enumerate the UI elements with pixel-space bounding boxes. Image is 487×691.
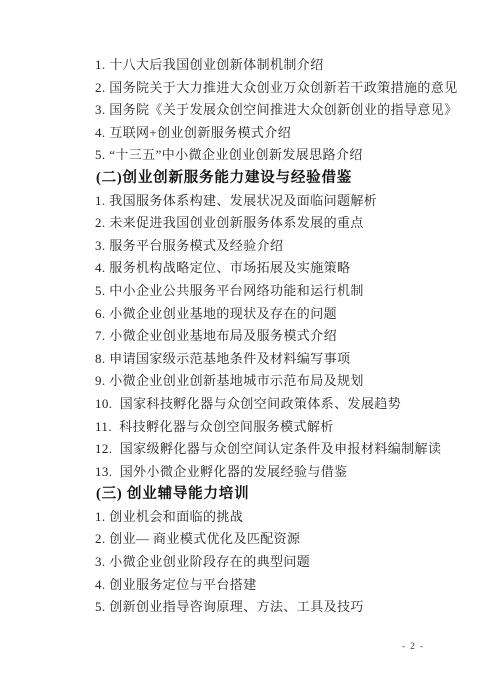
list-item: 3. 国务院《关于发展众创空间推进大众创新创业的指导意见》 [95, 99, 465, 122]
list-item: 13. 国外小微企业孵化器的发展经验与借鉴 [95, 461, 465, 484]
section-heading-3: (三) 创业辅导能力培训 [95, 483, 465, 506]
list-item: 1. 十八大后我国创业创新体制机制介绍 [95, 54, 465, 77]
list-item: 8. 申请国家级示范基地条件及材料编写事项 [95, 348, 465, 371]
list-item: 10. 国家科技孵化器与众创空间政策体系、发展趋势 [95, 393, 465, 416]
list-item: 2. 创业— 商业模式优化及匹配资源 [95, 528, 465, 551]
list-item: 9. 小微企业创业创新基地城市示范布局及规划 [95, 370, 465, 393]
section-heading-2: (二)创业创新服务能力建设与经验借鉴 [95, 167, 465, 190]
page-number: - 2 - [402, 641, 425, 651]
list-item: 3. 服务平台服务模式及经验介绍 [95, 235, 465, 258]
list-item: 5. “十三五”中小微企业创业创新发展思路介绍 [95, 144, 465, 167]
document-body: 1. 十八大后我国创业创新体制机制介绍 2. 国务院关于大力推进大众创业万众创新… [95, 54, 465, 619]
list-item: 1. 创业机会和面临的挑战 [95, 506, 465, 529]
list-item: 4. 创业服务定位与平台搭建 [95, 574, 465, 597]
list-item: 2. 未来促进我国创业创新服务体系发展的重点 [95, 212, 465, 235]
list-item: 3. 小微企业创业阶段存在的典型问题 [95, 551, 465, 574]
list-item: 5. 创新创业指导咨询原理、方法、工具及技巧 [95, 596, 465, 619]
list-item: 1. 我国服务体系构建、发展状况及面临问题解析 [95, 190, 465, 213]
list-item: 11. 科技孵化器与众创空间服务模式解析 [95, 416, 465, 439]
document-page: 1. 十八大后我国创业创新体制机制介绍 2. 国务院关于大力推进大众创业万众创新… [0, 0, 487, 691]
list-item: 4. 互联网+创业创新服务模式介绍 [95, 122, 465, 145]
list-item: 5. 中小企业公共服务平台网络功能和运行机制 [95, 280, 465, 303]
list-item: 6. 小微企业创业基地的现状及存在的问题 [95, 303, 465, 326]
list-item: 4. 服务机构战略定位、市场拓展及实施策略 [95, 257, 465, 280]
list-item: 12. 国家级孵化器与众创空间认定条件及申报材料编制解读 [95, 438, 465, 461]
list-item: 2. 国务院关于大力推进大众创业万众创新若干政策措施的意见 [95, 77, 465, 100]
list-item: 7. 小微企业创业基地布局及服务模式介绍 [95, 325, 465, 348]
